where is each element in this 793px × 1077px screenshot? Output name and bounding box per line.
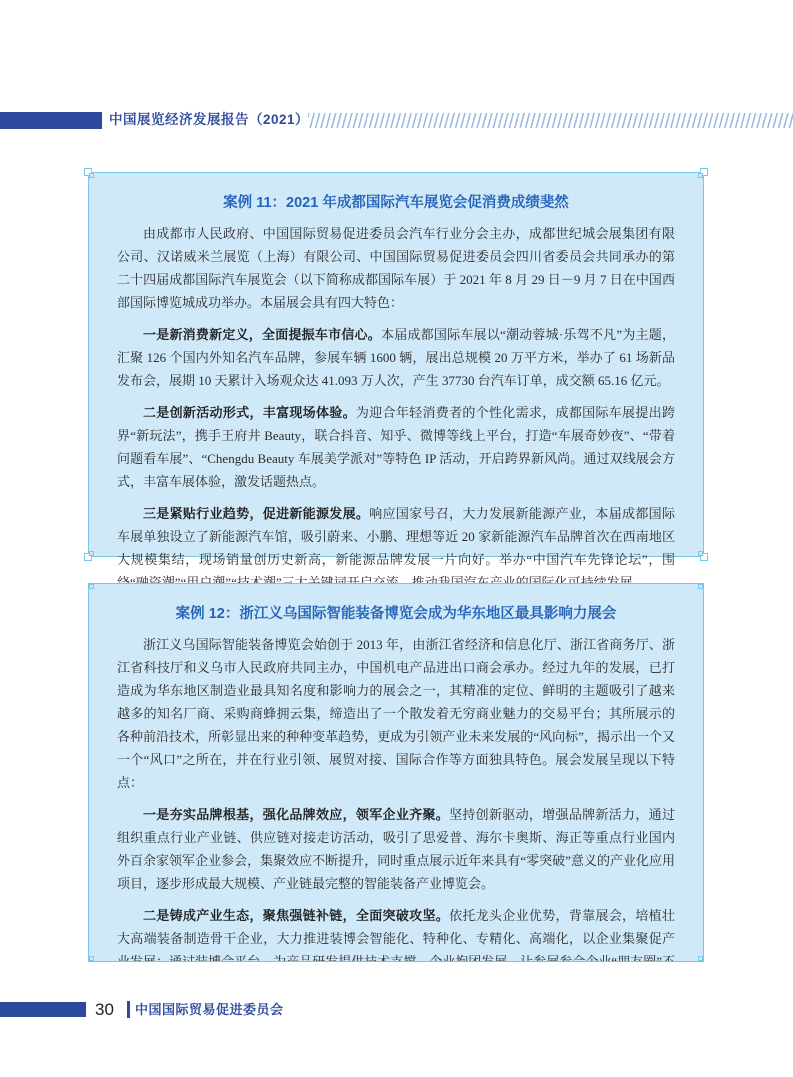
footer-accent-bar	[0, 1002, 86, 1017]
box-corner-ornament	[88, 958, 92, 962]
report-title: 中国展览经济发展报告（2021）	[109, 110, 309, 130]
paragraph-lead: 一是夯实品牌根基，强化品牌效应，领军企业齐聚。	[143, 807, 449, 822]
case-12-box: 案例 12：浙江义乌国际智能装备博览会成为华东地区最具影响力展会 浙江义乌国际智…	[88, 583, 704, 962]
case-11-title: 案例 11：2021 年成都国际汽车展览会促消费成绩斐然	[117, 191, 675, 212]
box-corner-ornament	[84, 553, 92, 561]
case-12-paragraph-3: 二是铸成产业生态，聚焦强链补链，全面突破攻坚。依托龙头企业优势，背靠展会，培植壮…	[117, 904, 675, 962]
box-corner-ornament	[88, 583, 92, 587]
case-11-paragraph-3: 二是创新活动形式，丰富现场体验。为迎合年轻消费者的个性化需求，成都国际车展提出跨…	[117, 401, 675, 493]
case-12-paragraph-2: 一是夯实品牌根基，强化品牌效应，领军企业齐聚。坚持创新驱动，增强品牌新活力，通过…	[117, 803, 675, 895]
paragraph-lead: 二是铸成产业生态，聚焦强链补链，全面突破攻坚。	[143, 908, 449, 923]
footer-organization: 中国国际贸易促进委员会	[135, 1001, 284, 1018]
case-11-paragraph-1: 由成都市人民政府、中国国际贸易促进委员会汽车行业分会主办，成都世纪城会展集团有限…	[117, 222, 675, 314]
paragraph-lead: 三是紧贴行业趋势，促进新能源发展。	[143, 506, 369, 521]
box-corner-ornament	[700, 583, 704, 587]
box-corner-ornament	[700, 553, 708, 561]
footer-separator	[127, 1001, 130, 1018]
page-number: 30	[95, 999, 114, 1021]
box-corner-ornament	[84, 168, 92, 176]
paragraph-text: 浙江义乌国际智能装备博览会始创于 2013 年，由浙江省经济和信息化厅、浙江省商…	[117, 637, 675, 790]
paragraph-text: 由成都市人民政府、中国国际贸易促进委员会汽车行业分会主办，成都世纪城会展集团有限…	[117, 226, 675, 310]
header-accent-bar	[0, 112, 102, 129]
box-corner-ornament	[700, 168, 708, 176]
case-12-title: 案例 12：浙江义乌国际智能装备博览会成为华东地区最具影响力展会	[117, 602, 675, 623]
case-12-paragraph-1: 浙江义乌国际智能装备博览会始创于 2013 年，由浙江省经济和信息化厅、浙江省商…	[117, 633, 675, 794]
case-11-box: 案例 11：2021 年成都国际汽车展览会促消费成绩斐然 由成都市人民政府、中国…	[88, 172, 704, 557]
report-page: 中国展览经济发展报告（2021） 案例 11：2021 年成都国际汽车展览会促消…	[0, 0, 793, 1077]
paragraph-lead: 一是新消费新定义，全面提振车市信心。	[143, 327, 381, 342]
case-11-paragraph-2: 一是新消费新定义，全面提振车市信心。本届成都国际车展以“潮动蓉城·乐驾不凡”为主…	[117, 323, 675, 392]
paragraph-lead: 二是创新活动形式，丰富现场体验。	[143, 405, 356, 420]
case-11-paragraph-4: 三是紧贴行业趋势，促进新能源发展。响应国家号召，大力发展新能源产业，本届成都国际…	[117, 502, 675, 594]
box-corner-ornament	[700, 958, 704, 962]
header-hatch-pattern	[308, 113, 793, 128]
